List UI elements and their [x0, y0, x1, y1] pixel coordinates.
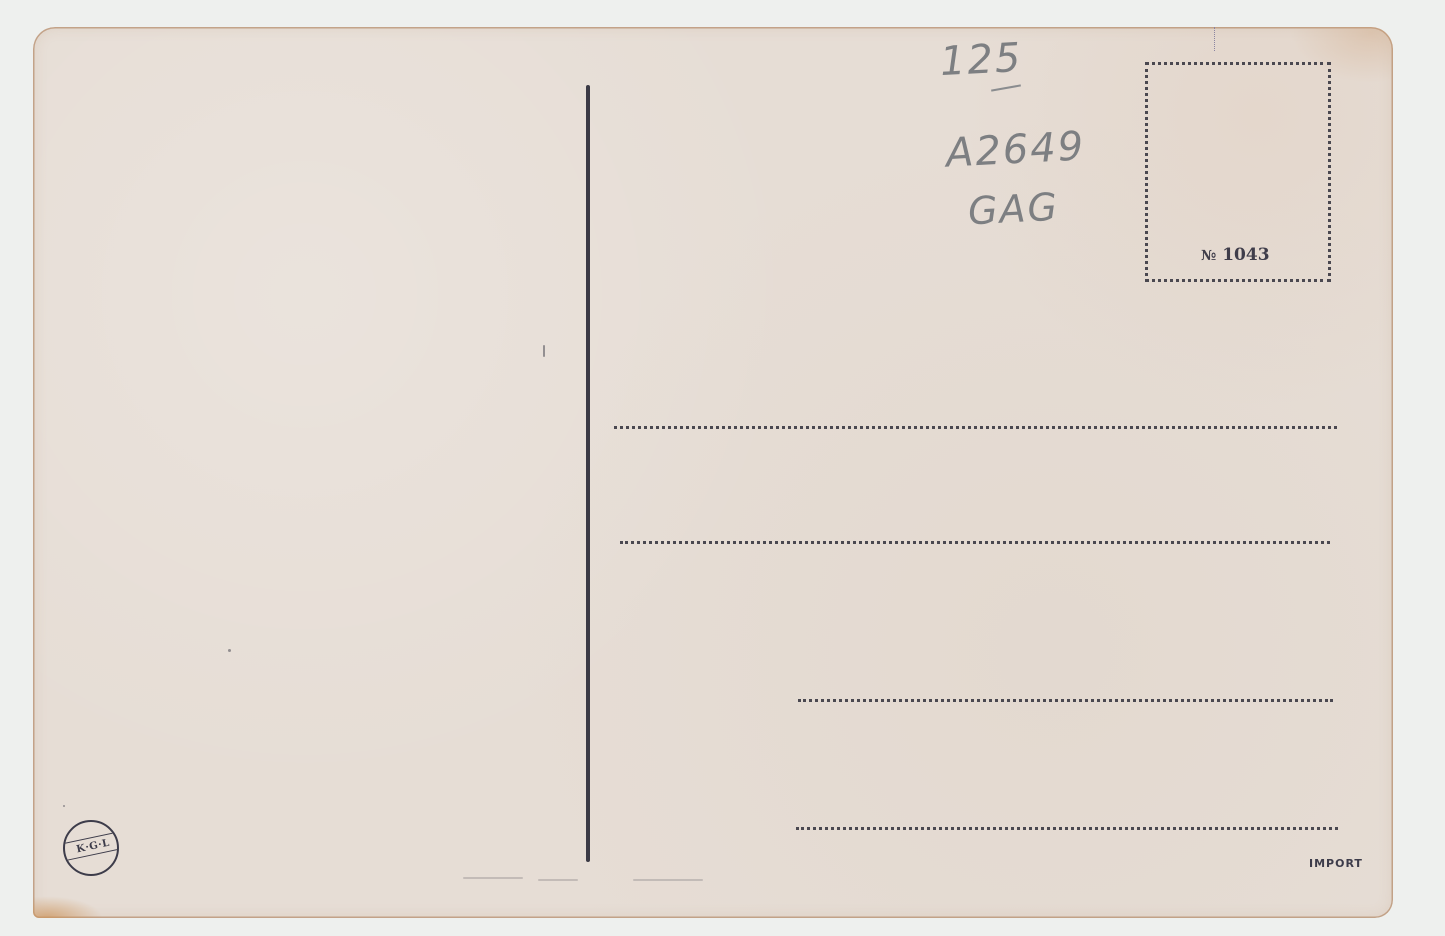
stamp-box: №1043 — [1145, 62, 1331, 282]
message-address-divider — [586, 85, 590, 862]
logo-band: K·G·L — [63, 831, 119, 861]
scan-mark — [1214, 27, 1216, 51]
address-line-2 — [620, 541, 1330, 544]
pencil-note-catalog-number: A2649 — [945, 123, 1086, 176]
import-label: IMPORT — [1309, 857, 1363, 870]
card-number: №1043 — [1201, 245, 1270, 265]
postcard-back: 125 A2649 GAG №1043 K·G·L IMPORT — [33, 27, 1393, 918]
pencil-underline — [991, 84, 1021, 91]
address-line-4 — [796, 827, 1338, 830]
address-line-3 — [798, 699, 1333, 702]
pencil-note-price: 125 — [939, 35, 1024, 85]
logo-text: K·G·L — [75, 837, 110, 855]
paper-speck — [543, 345, 545, 357]
publisher-logo-icon: K·G·L — [63, 820, 119, 876]
number-sign: № — [1201, 248, 1216, 264]
paper-speck — [633, 879, 703, 881]
card-number-value: 1043 — [1222, 245, 1269, 265]
pencil-note-code: GAG — [967, 185, 1060, 234]
paper-speck — [538, 879, 578, 881]
paper-speck — [63, 805, 65, 807]
paper-speck — [463, 877, 523, 879]
paper-speck — [228, 649, 231, 652]
corner-stain — [33, 896, 103, 918]
address-line-1 — [614, 426, 1337, 429]
